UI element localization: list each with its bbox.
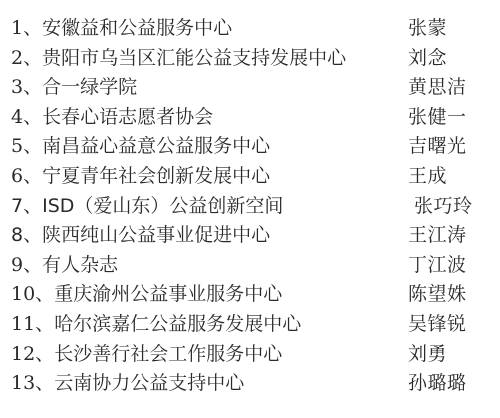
organization-name: 3、合一绿学院 [11, 73, 137, 103]
list-item: 10、重庆渝州公益事业服务中心 陈望姝 [0, 280, 500, 310]
list-item: 13、云南协力公益支持中心 孙璐璐 [0, 369, 500, 399]
organization-name: 13、云南协力公益支持中心 [11, 369, 244, 399]
person-name: 王成 [408, 162, 447, 192]
person-name: 孙璐璐 [408, 369, 467, 399]
list-item: 8、陕西纯山公益事业促进中心 王江涛 [0, 221, 500, 251]
organization-name: 7、ISD（爱山东）公益创新空间 [11, 192, 283, 222]
list-item: 12、长沙善行社会工作服务中心 刘勇 [0, 340, 500, 370]
person-name: 吉曙光 [408, 132, 467, 162]
organization-name: 2、贵阳市乌当区汇能公益支持发展中心 [11, 44, 346, 74]
person-name: 王江涛 [408, 221, 467, 251]
person-name: 刘念 [408, 44, 447, 74]
person-name: 黄思洁 [408, 73, 467, 103]
list-item: 1、安徽益和公益服务中心 张蒙 [0, 14, 500, 44]
list-item: 4、长春心语志愿者协会 张健一 [0, 103, 500, 133]
organization-name: 4、长春心语志愿者协会 [11, 103, 213, 133]
organization-name: 10、重庆渝州公益事业服务中心 [11, 280, 282, 310]
person-name: 吴锋锐 [408, 310, 467, 340]
person-name: 张巧玲 [414, 192, 473, 222]
list-item: 5、南昌益心益意公益服务中心 吉曙光 [0, 132, 500, 162]
list-item: 2、贵阳市乌当区汇能公益支持发展中心 刘念 [0, 44, 500, 74]
list-item: 6、宁夏青年社会创新发展中心 王成 [0, 162, 500, 192]
list-item: 11、哈尔滨嘉仁公益服务发展中心 吴锋锐 [0, 310, 500, 340]
organization-name: 11、哈尔滨嘉仁公益服务发展中心 [11, 310, 301, 340]
organization-name: 9、有人杂志 [11, 251, 118, 281]
list-item: 9、有人杂志 丁江波 [0, 251, 500, 281]
organization-name: 1、安徽益和公益服务中心 [11, 14, 232, 44]
organization-list: 1、安徽益和公益服务中心 张蒙 2、贵阳市乌当区汇能公益支持发展中心 刘念 3、… [0, 14, 500, 399]
person-name: 陈望姝 [408, 280, 467, 310]
list-item: 3、合一绿学院 黄思洁 [0, 73, 500, 103]
person-name: 张蒙 [408, 14, 447, 44]
organization-name: 5、南昌益心益意公益服务中心 [11, 132, 270, 162]
person-name: 刘勇 [408, 340, 447, 370]
list-item: 7、ISD（爱山东）公益创新空间 张巧玲 [0, 192, 500, 222]
person-name: 丁江波 [408, 251, 467, 281]
organization-name: 12、长沙善行社会工作服务中心 [11, 340, 282, 370]
organization-name: 6、宁夏青年社会创新发展中心 [11, 162, 270, 192]
organization-name: 8、陕西纯山公益事业促进中心 [11, 221, 270, 251]
person-name: 张健一 [408, 103, 467, 133]
